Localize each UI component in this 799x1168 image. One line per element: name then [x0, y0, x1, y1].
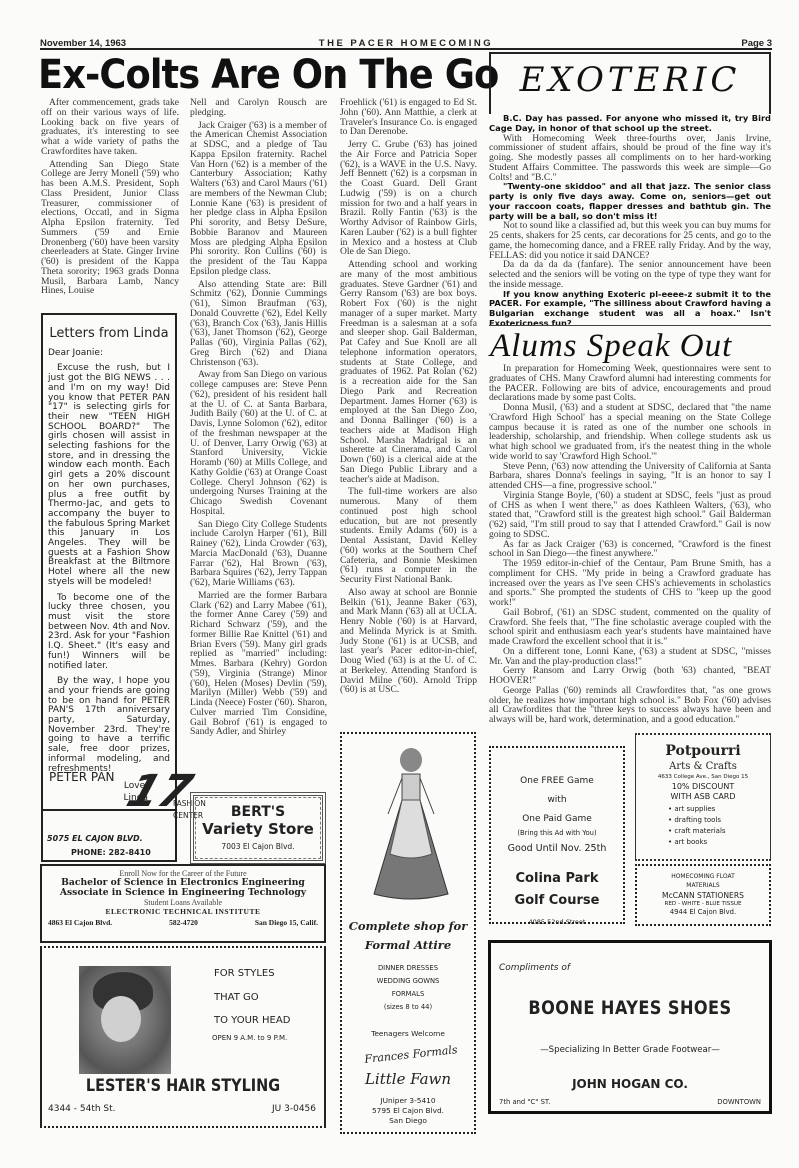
- article-paragraph: Also away at school are Bonnie Belkin ('…: [340, 588, 477, 695]
- article-paragraph: Also attending State are: Bill Schmitz (…: [190, 280, 327, 368]
- mccann-stationers-ad: HOMECOMING FLOAT MATERIALS McCANN STATIO…: [635, 864, 771, 926]
- colina-valid: Good Until Nov. 25th: [491, 843, 623, 854]
- eti-address: 4863 El Cajon Blvd.: [48, 918, 112, 927]
- exoteric-paragraph: "Twenty-one skiddoo" and all that jazz. …: [489, 182, 771, 221]
- exoteric-title: EXOTERIC: [491, 60, 769, 100]
- excolts-column-3: Froehlick ('61) is engaged to Ed St. Joh…: [340, 98, 477, 698]
- exoteric-paragraph: Da da da da da (fanfare). The senior ann…: [489, 260, 771, 289]
- boone-compliments: Compliments of: [499, 963, 570, 973]
- potpourri-sub: Arts & Crafts: [636, 761, 770, 772]
- eti-city: San Diego 15, Calif.: [255, 918, 318, 927]
- boone-hayes-ad: Compliments of BOONE HAYES SHOES —Specia…: [488, 940, 772, 1114]
- item: FORMALS: [342, 988, 474, 1001]
- discount-line1: 10% DISCOUNT: [636, 782, 770, 792]
- alums-paragraph: Steve Penn, ('63) now attending the Univ…: [489, 462, 771, 491]
- lester-address: 4344 - 54th St.: [48, 1104, 116, 1114]
- boone-tagline: —Specializing In Better Grade Footwear—: [491, 1045, 769, 1055]
- berts-address: 7003 El Cajon Blvd.: [194, 842, 322, 851]
- article-paragraph: Away from San Diego on various college c…: [190, 370, 327, 516]
- eti-ad: Enroll Now for the Career of the Future …: [40, 864, 326, 943]
- alums-paragraph: On a different tone, Lonni Kane, ('63) a…: [489, 647, 771, 667]
- lester-tag1: FOR STYLES: [214, 968, 275, 979]
- article-paragraph: Jerry C. Grube ('63) has joined the Air …: [340, 140, 477, 257]
- bullet-item: • craft materials: [668, 826, 770, 837]
- berts-variety-ad: BERT'S Variety Store 7003 El Cajon Blvd.: [190, 792, 326, 864]
- mccann-header: HOMECOMING FLOAT MATERIALS: [637, 872, 769, 890]
- article-paragraph: Jack Craiger ('63) is a member of the Am…: [190, 121, 327, 277]
- mccann-l1: HOMECOMING FLOAT: [637, 872, 769, 881]
- mccann-tissue: RED - WHITE - BLUE TISSUE: [637, 901, 769, 907]
- colina-address: 4085 52nd Street: [491, 918, 623, 926]
- excolts-column-2: Nell and Carolyn Rousch are pledging. Ja…: [190, 98, 327, 740]
- article-paragraph: Froehlick ('61) is engaged to Ed St. Joh…: [340, 98, 477, 137]
- alums-paragraph: Donna Musil, ('63) and a student at SDSC…: [489, 403, 771, 462]
- lesters-hair-ad: FOR STYLES THAT GO TO YOUR HEAD OPEN 9 A…: [40, 946, 326, 1128]
- lester-hours: OPEN 9 A.M. to 9 P.M.: [212, 1034, 287, 1042]
- bullet-text: drafting tools: [674, 816, 721, 824]
- bullet-text: art supplies: [674, 805, 715, 813]
- peterpan-phone: PHONE: 282-8410: [71, 848, 151, 857]
- linda-paragraph: Excuse the rush, but I just got the BIG …: [48, 364, 170, 587]
- item: (sizes 8 to 44): [342, 1001, 474, 1014]
- exoteric-paragraph: With Homecoming Week three-fourths over,…: [489, 134, 771, 183]
- lester-name: LESTER'S HAIR STYLING: [63, 1076, 303, 1096]
- eti-name: ELECTRONIC TECHNICAL INSTITUTE: [42, 907, 324, 916]
- bullet-text: craft materials: [674, 827, 725, 835]
- potpourri-bullets: • art supplies • drafting tools • craft …: [668, 804, 770, 848]
- dress-illustration-icon: [366, 744, 456, 904]
- frances-formals-ad: Complete shop for Formal Attire DINNER D…: [340, 732, 476, 1134]
- potpourri-address: 4633 College Ave., San Diego 15: [636, 774, 770, 780]
- peterpan-name: PETER PAN: [49, 770, 115, 784]
- colina-l6: Colina Park: [491, 868, 623, 890]
- alums-paragraph: Virginia Stange Boyle, ('60) a student a…: [489, 491, 771, 540]
- alums-paragraph: The 1959 editor-in-chief of the Centaur,…: [489, 559, 771, 608]
- frances-welcome: Teenagers Welcome: [342, 1029, 474, 1038]
- alums-paragraph: As far as Jack Craiger ('63) is concerne…: [489, 540, 771, 560]
- eti-line4: Student Loans Available: [42, 898, 324, 907]
- potpourri-discount: 10% DISCOUNT WITH ASB CARD: [636, 782, 770, 802]
- article-paragraph: Married are the former Barbara Clark ('6…: [190, 591, 327, 737]
- colina-l3: One Paid Game: [491, 810, 623, 829]
- frances-contact: JUniper 3-5410 5795 El Cajon Blvd. San D…: [342, 1096, 474, 1126]
- frances-script1: Complete shop for: [342, 919, 474, 933]
- little-fawn-logo: Little Fawn: [342, 1070, 474, 1088]
- exoteric-header-box: EXOTERIC: [489, 52, 771, 114]
- colina-l2: with: [491, 791, 623, 810]
- linda-greeting: Dear Joanie:: [48, 349, 170, 359]
- article-paragraph: The full-time workers are also numerous.…: [340, 487, 477, 585]
- excolts-column-1: After commencement, grads take off on th…: [41, 98, 179, 299]
- bullet-text: art books: [674, 838, 707, 846]
- lester-tag2: THAT GO: [214, 992, 259, 1003]
- boone-address: 7th and "C" ST.: [499, 1098, 550, 1106]
- frances-address: 5795 El Cajon Blvd.: [342, 1106, 474, 1116]
- peterpan-address: 5075 EL CAJON BLVD.: [47, 834, 143, 843]
- alums-headline: Alums Speak Out: [490, 328, 732, 365]
- exoteric-paragraph: If you know anything Exoteric pl-eeee-z …: [489, 290, 771, 329]
- linda-paragraph: By the way, I hope you and your friends …: [48, 677, 170, 774]
- alums-paragraph: In preparation for Homecoming Week, ques…: [489, 364, 771, 403]
- frances-phone: JUniper 3-5410: [342, 1096, 474, 1106]
- frances-script2: Formal Attire: [342, 938, 474, 952]
- lester-tag3: TO YOUR HEAD: [214, 1015, 290, 1026]
- face-shape: [101, 996, 141, 1042]
- article-paragraph: After commencement, grads take off on th…: [41, 98, 179, 157]
- bullet-item: • drafting tools: [668, 815, 770, 826]
- article-paragraph: Nell and Carolyn Rousch are pledging.: [190, 98, 327, 118]
- colina-offer: One FREE Game with One Paid Game: [491, 772, 623, 829]
- alums-paragraph: Gerry Ransom and Larry Orwig (both '63) …: [489, 666, 771, 686]
- alums-divider: [489, 325, 771, 326]
- exoteric-paragraph: B.C. Day has passed. For anyone who miss…: [489, 114, 771, 134]
- potpourri-ad: Potpourri Arts & Crafts 4633 College Ave…: [635, 733, 771, 861]
- colina-l7: Golf Course: [491, 890, 623, 912]
- linda-paragraph: To become one of the lucky three chosen,…: [48, 594, 170, 672]
- bullet-item: • art supplies: [668, 804, 770, 815]
- eti-phone: 582-4720: [169, 918, 198, 927]
- alums-paragraph: Gail Bobrof, ('61) an SDSC student, comm…: [489, 608, 771, 647]
- mccann-name: McCANN STATIONERS: [637, 891, 769, 900]
- item: DINNER DRESSES: [342, 962, 474, 975]
- alums-paragraph: George Pallas ('60) reminds all Crawford…: [489, 686, 771, 725]
- lester-phone: JU 3-0456: [272, 1104, 316, 1114]
- exoteric-column: B.C. Day has passed. For anyone who miss…: [489, 114, 771, 329]
- potpourri-name: Potpourri: [636, 743, 770, 759]
- paper-name: THE PACER HOMECOMING: [40, 38, 772, 49]
- boone-name: BOONE HAYES SHOES: [512, 997, 748, 1019]
- frances-city: San Diego: [342, 1116, 474, 1126]
- masthead: November 14, 1963 THE PACER HOMECOMING P…: [40, 36, 772, 50]
- mccann-l2: MATERIALS: [637, 881, 769, 890]
- boone-location: DOWNTOWN: [717, 1098, 761, 1106]
- frances-brand1: Frances Formals: [348, 1041, 475, 1067]
- berts-subtitle: Variety Store: [194, 820, 322, 838]
- exoteric-paragraph: Not to sound like a classified ad, but t…: [489, 221, 771, 260]
- berts-name: BERT'S: [194, 804, 322, 820]
- article-paragraph: Attending school and working are many of…: [340, 260, 477, 484]
- eti-contact: 4863 El Cajon Blvd. 582-4720 San Diego 1…: [42, 916, 324, 927]
- item: WEDDING GOWNS: [342, 975, 474, 988]
- alums-column: In preparation for Homecoming Week, ques…: [489, 364, 771, 725]
- boone-company: JOHN HOGAN CO.: [491, 1077, 769, 1091]
- article-paragraph: San Diego City College Students include …: [190, 520, 327, 588]
- linda-title: Letters from Linda: [48, 329, 170, 339]
- colina-note: (Bring this Ad with You): [491, 829, 623, 837]
- colina-name: Colina Park Golf Course: [491, 868, 623, 912]
- excolts-headline: Ex-Colts Are On The Go: [38, 52, 498, 98]
- letters-from-linda: Letters from Linda Dear Joanie: Excuse t…: [41, 313, 177, 811]
- discount-line2: WITH ASB CARD: [636, 792, 770, 802]
- peter-pan-ad: PETER PAN 17 FASHION CENTER 5075 EL CAJO…: [41, 764, 177, 862]
- article-paragraph: Attending San Diego State College are Je…: [41, 160, 179, 297]
- colina-park-ad: One FREE Game with One Paid Game (Bring …: [489, 746, 625, 924]
- page-number: Page 3: [741, 38, 772, 49]
- mccann-address: 4944 El Cajon Blvd.: [637, 908, 769, 916]
- colina-l1: One FREE Game: [491, 772, 623, 791]
- woman-portrait-image: [79, 966, 171, 1074]
- bullet-item: • art books: [668, 837, 770, 848]
- frances-items: DINNER DRESSES WEDDING GOWNS FORMALS (si…: [342, 962, 474, 1014]
- eti-line3: Associate in Science in Engineering Tech…: [42, 888, 324, 898]
